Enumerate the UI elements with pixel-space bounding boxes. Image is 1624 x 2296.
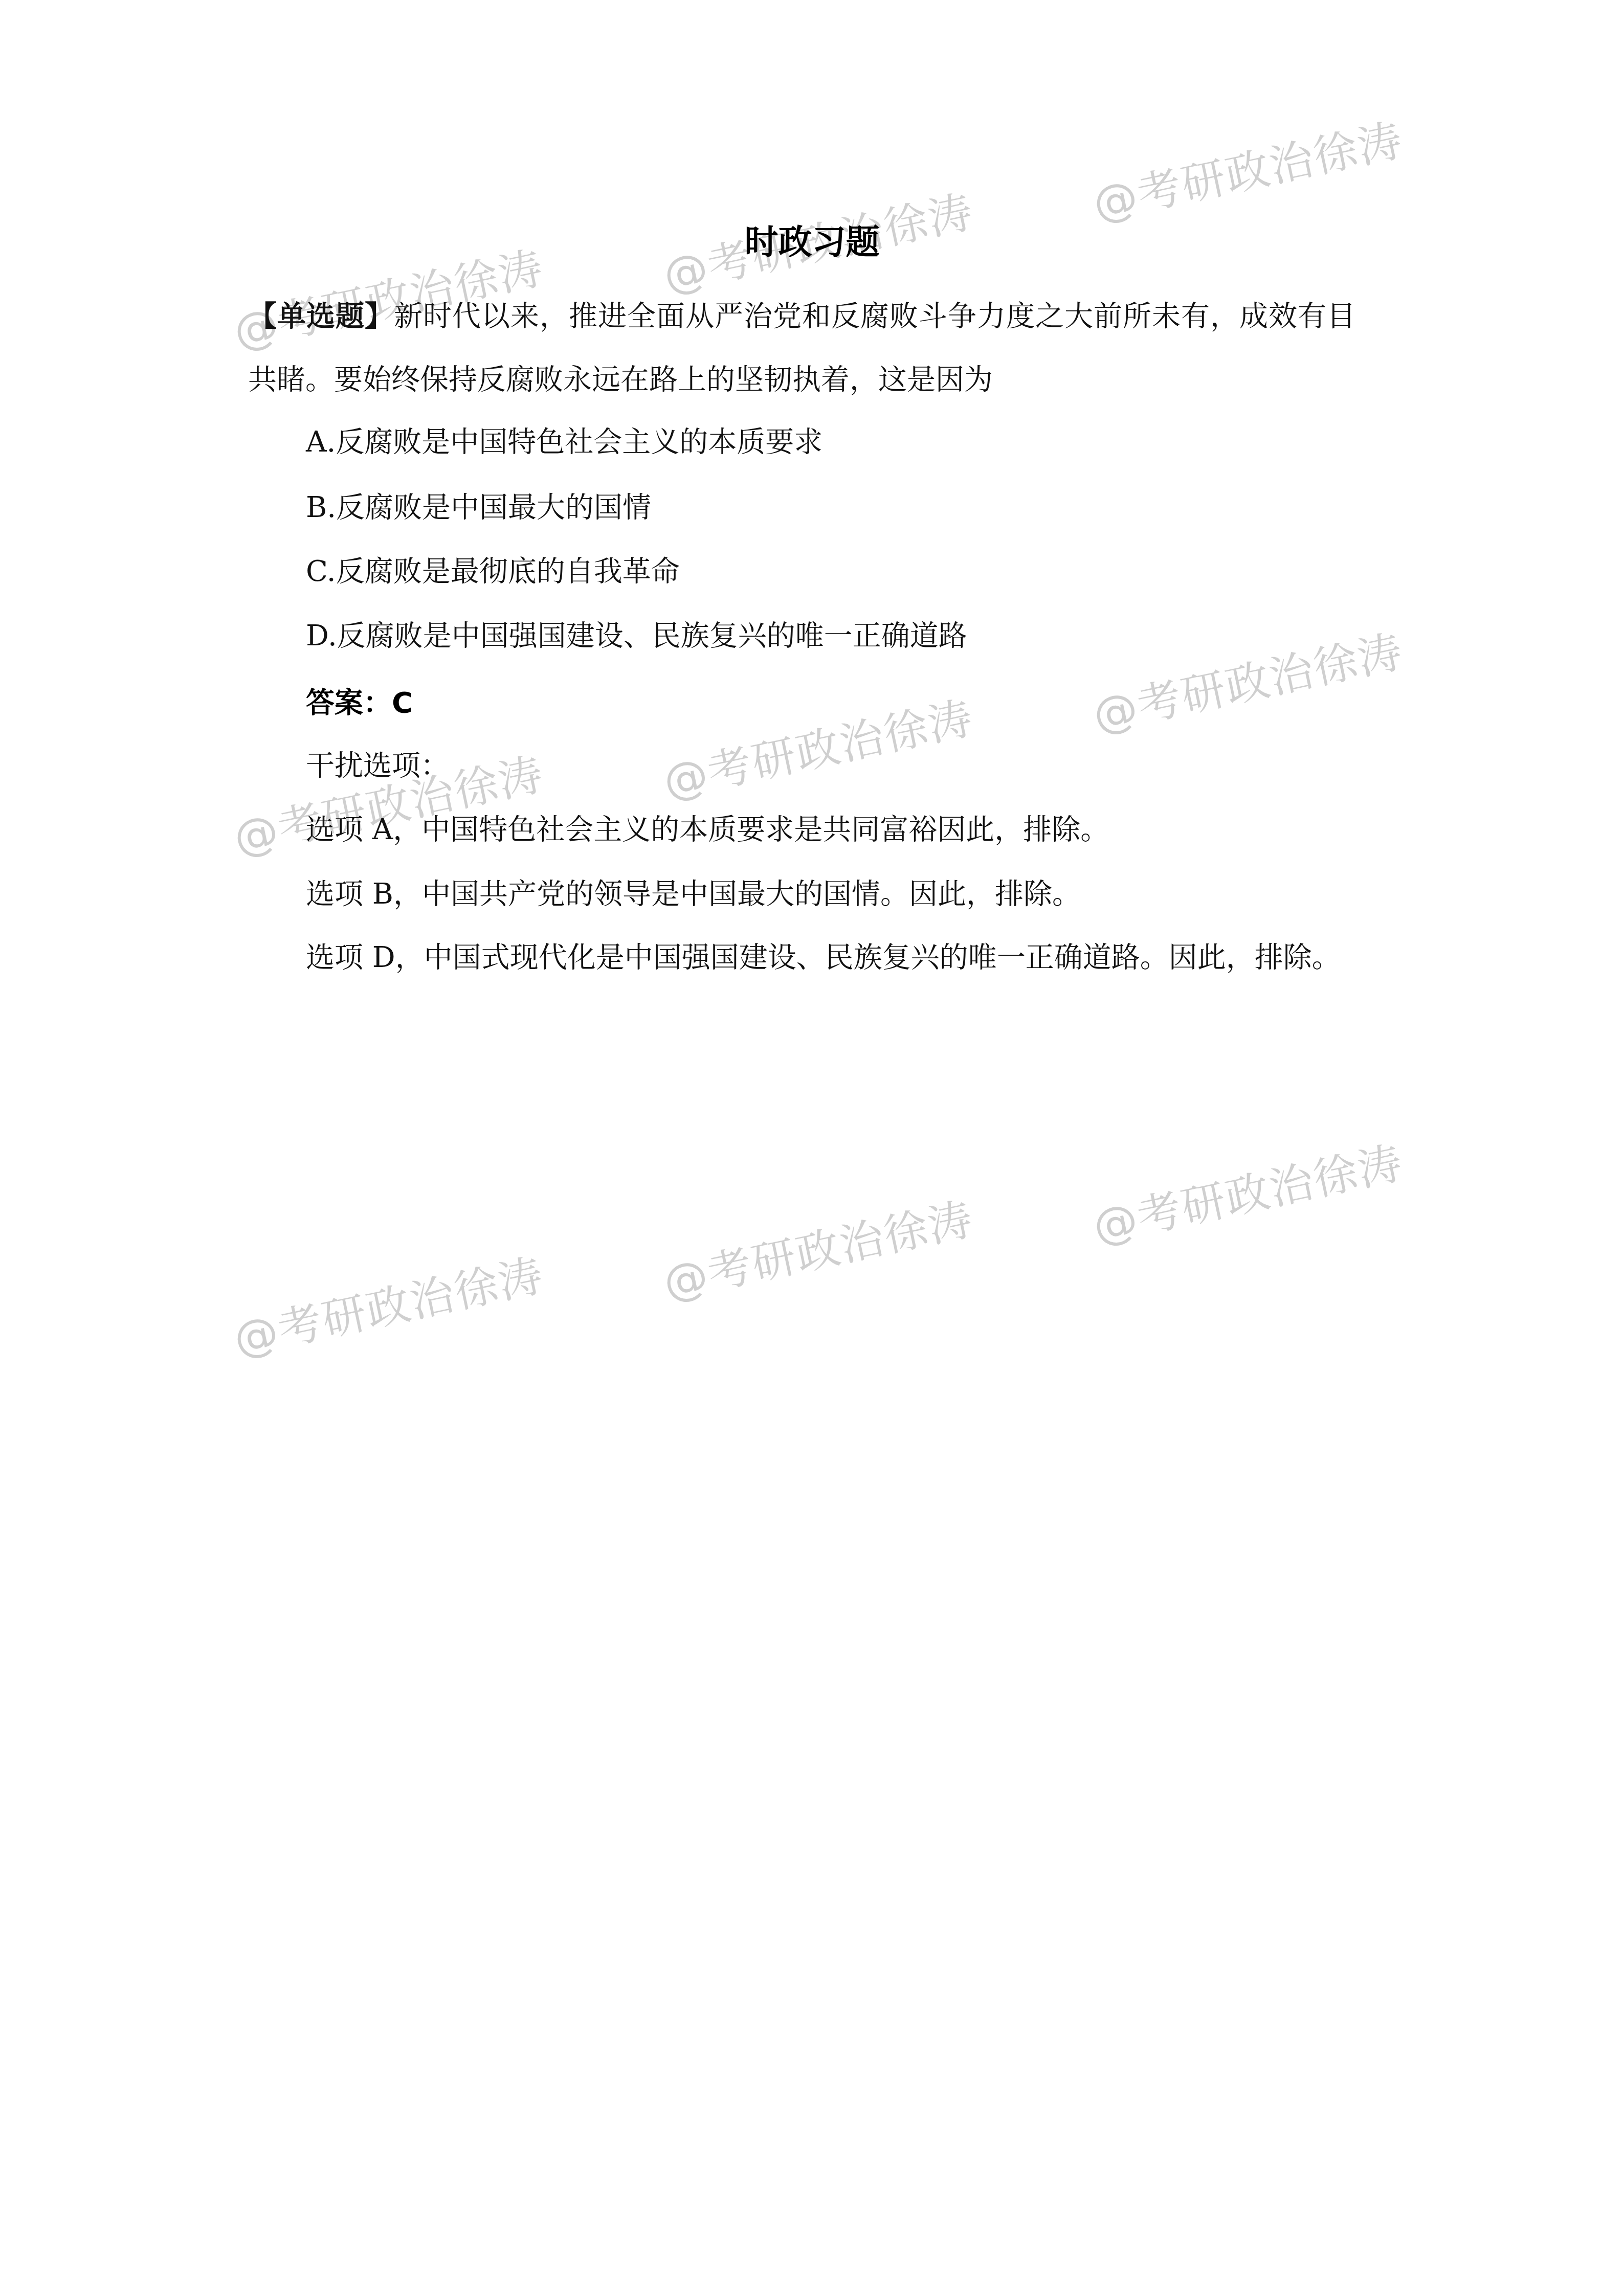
question-stem-text: 新时代以来，推进全面从严治党和反腐败斗争力度之大前所未有，成效有目	[394, 300, 1356, 333]
question-type-tag: 【单选题】	[248, 299, 394, 333]
option-c: C.反腐败是最彻底的自我革命	[306, 554, 680, 590]
distractor-explanation-b: 选项 B，中国共产党的领导是中国最大的国情。因此，排除。	[306, 876, 1081, 912]
watermark: @考研政治徐涛	[1086, 105, 1408, 232]
answer-value: C	[392, 686, 413, 719]
watermark: @考研政治徐涛	[657, 1184, 978, 1311]
distractor-explanation-d: 选项 D，中国式现代化是中国强国建设、民族复兴的唯一正确道路。因此，排除。	[306, 940, 1341, 976]
watermark: @考研政治徐涛	[1086, 616, 1408, 744]
watermark: @考研政治徐涛	[1086, 1128, 1408, 1255]
question-stem-line-2: 共睹。要始终保持反腐败永远在路上的坚韧执着，这是因为	[248, 362, 993, 398]
option-b: B.反腐败是中国最大的国情	[306, 490, 651, 526]
option-a: A.反腐败是中国特色社会主义的本质要求	[306, 424, 822, 460]
answer-label: 答案：	[306, 686, 392, 719]
question-stem-line-1: 【单选题】新时代以来，推进全面从严治党和反腐败斗争力度之大前所未有，成效有目	[248, 298, 1356, 334]
watermark: @考研政治徐涛	[657, 683, 978, 810]
distractors-label: 干扰选项：	[306, 748, 449, 784]
option-d: D.反腐败是中国强国建设、民族复兴的唯一正确道路	[306, 618, 967, 654]
distractor-explanation-a: 选项 A，中国特色社会主义的本质要求是共同富裕因此，排除。	[306, 812, 1109, 848]
watermark: @考研政治徐涛	[227, 1240, 548, 1367]
answer-line: 答案：C	[306, 685, 413, 721]
page-title: 时政习题	[0, 215, 1624, 263]
document-page: @考研政治徐涛 @考研政治徐涛 @考研政治徐涛 @考研政治徐涛 @考研政治徐涛 …	[0, 0, 1624, 2296]
